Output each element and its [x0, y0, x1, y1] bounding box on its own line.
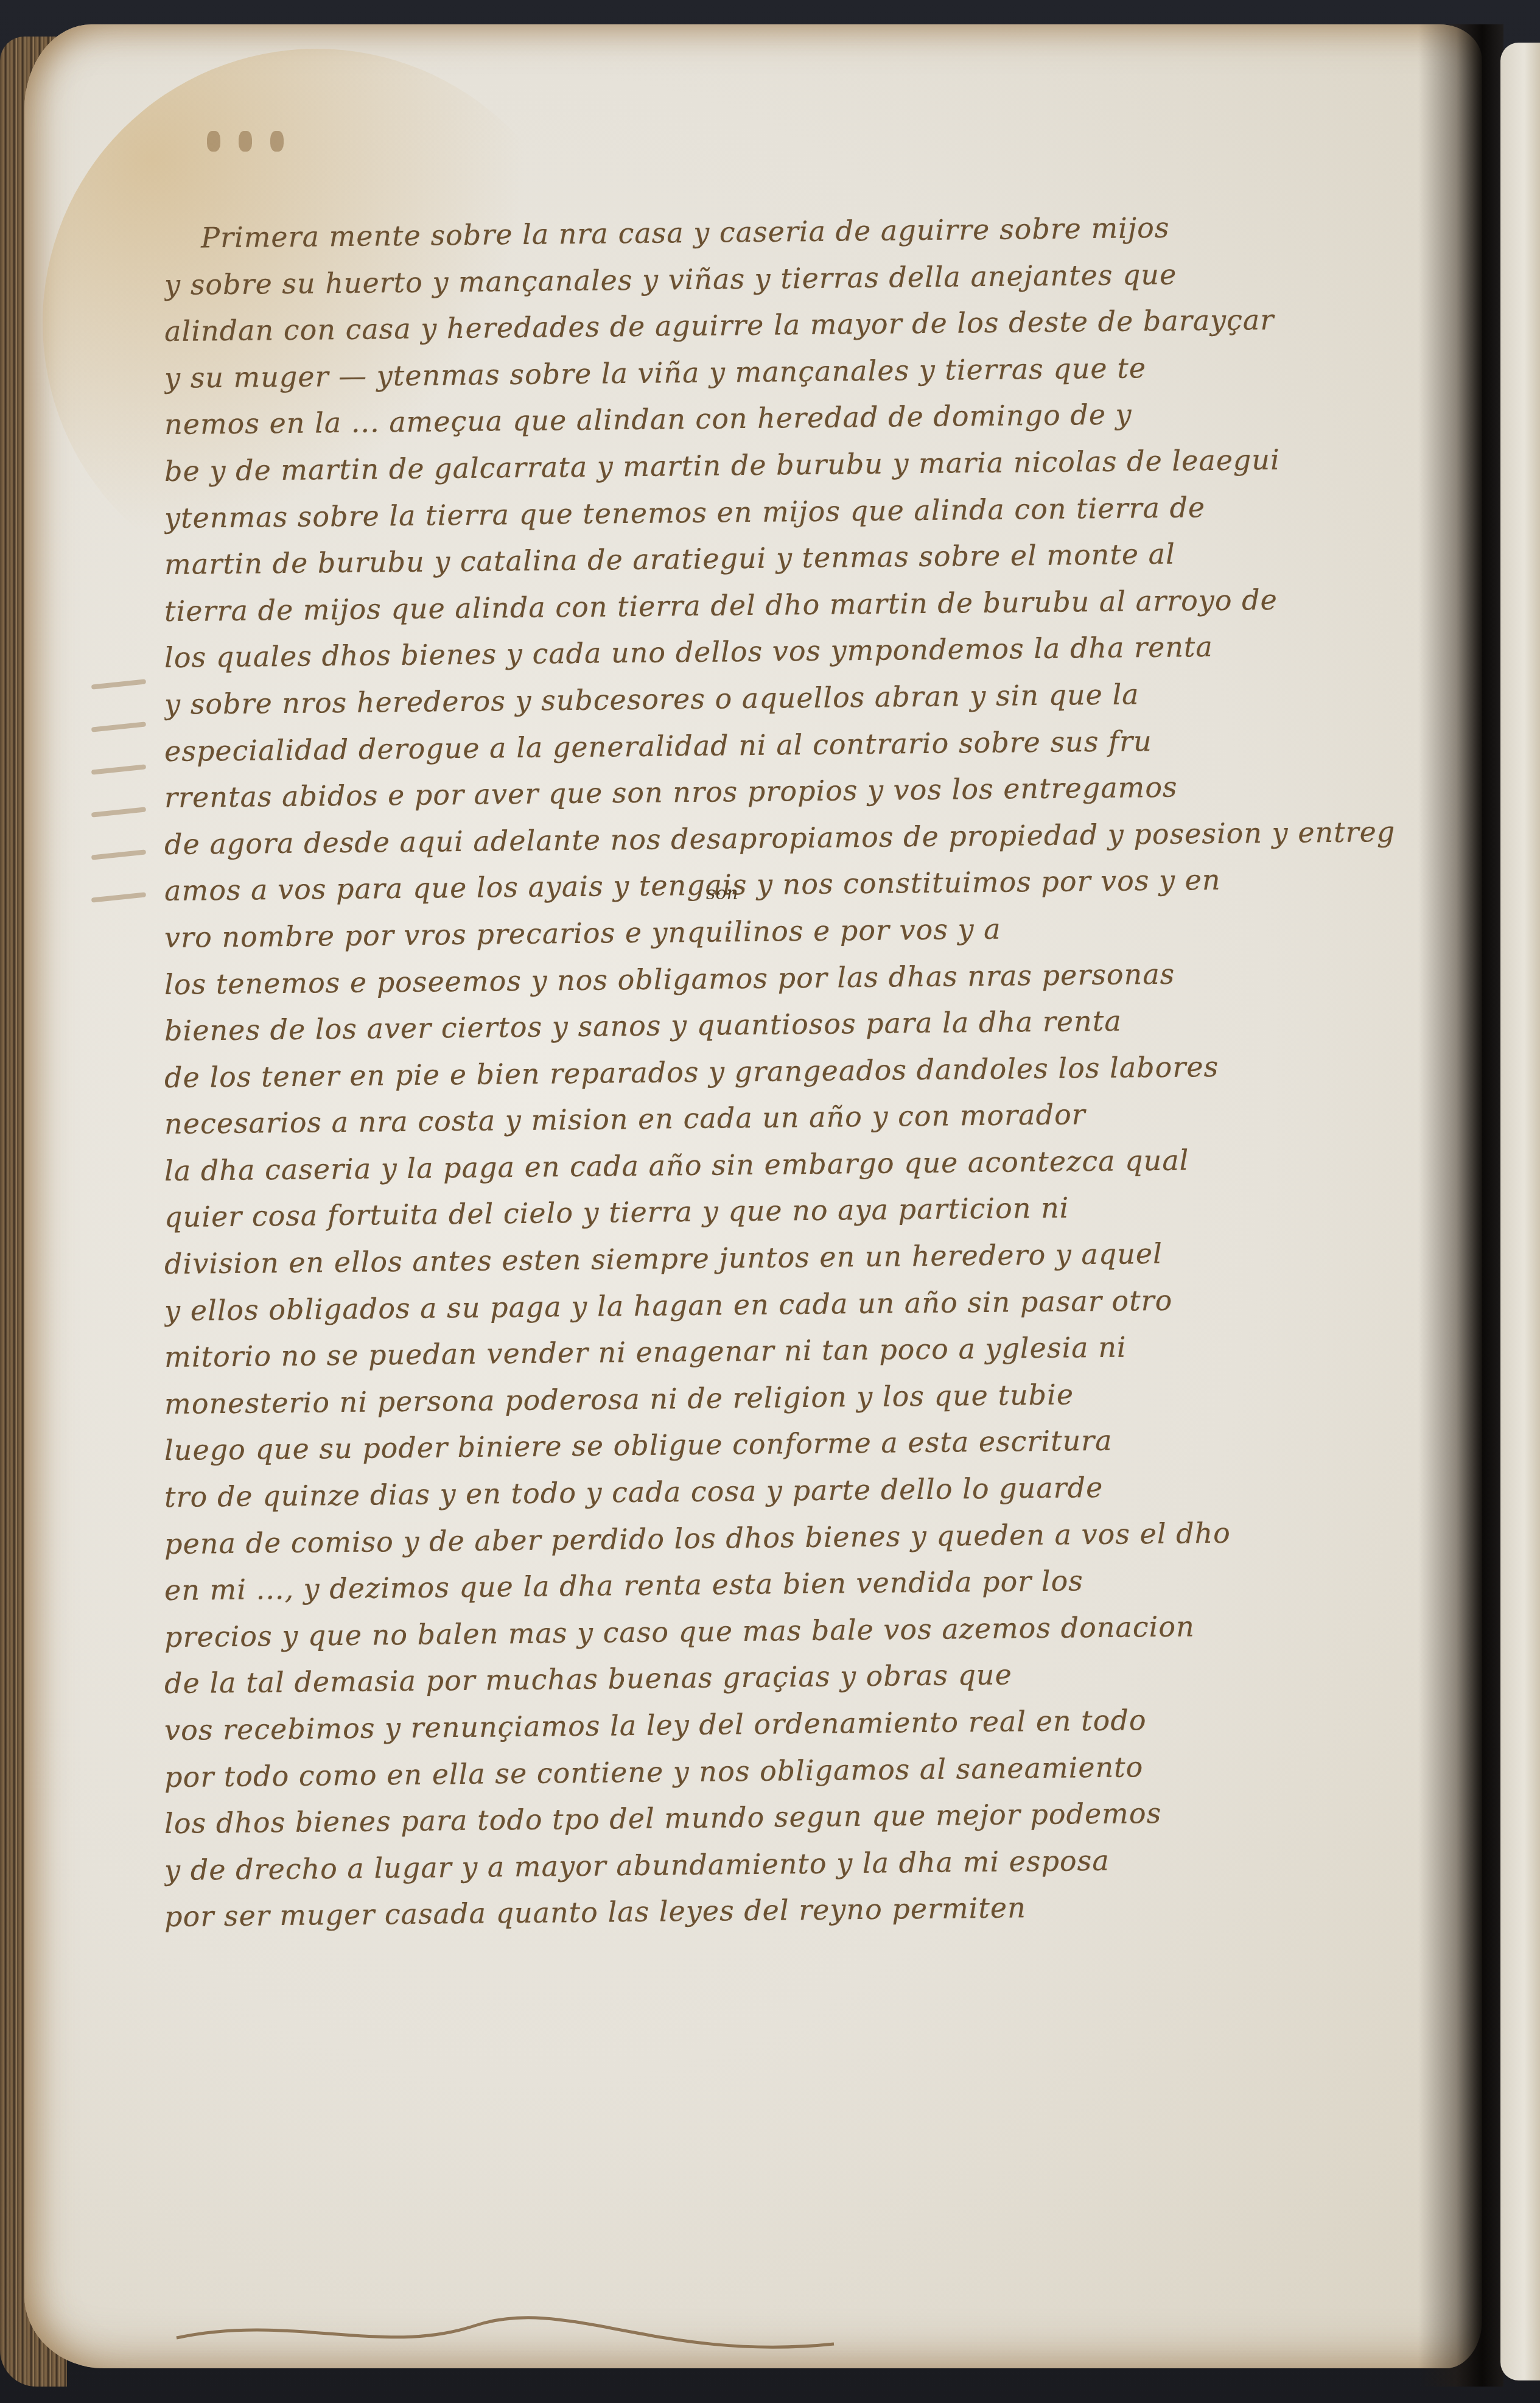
ink-mark: [239, 131, 252, 152]
facing-page-edge: [1500, 43, 1540, 2380]
closing-flourish-stroke: [170, 2301, 840, 2368]
left-margin-bleedthrough: [91, 682, 164, 938]
folio-number-marks: [207, 131, 284, 152]
ink-mark: [270, 131, 284, 152]
handwritten-text-block: Primera mente sobre la nra casa y caseri…: [164, 201, 1449, 1926]
margin-dash: [91, 764, 146, 774]
margin-dash: [91, 849, 146, 860]
margin-dash: [91, 807, 146, 817]
margin-dash: [91, 892, 146, 902]
margin-dash: [91, 721, 146, 732]
book-gutter-shadow: [1418, 24, 1503, 2387]
ink-mark: [207, 131, 220, 152]
interlinear-insertion: son: [706, 883, 738, 904]
